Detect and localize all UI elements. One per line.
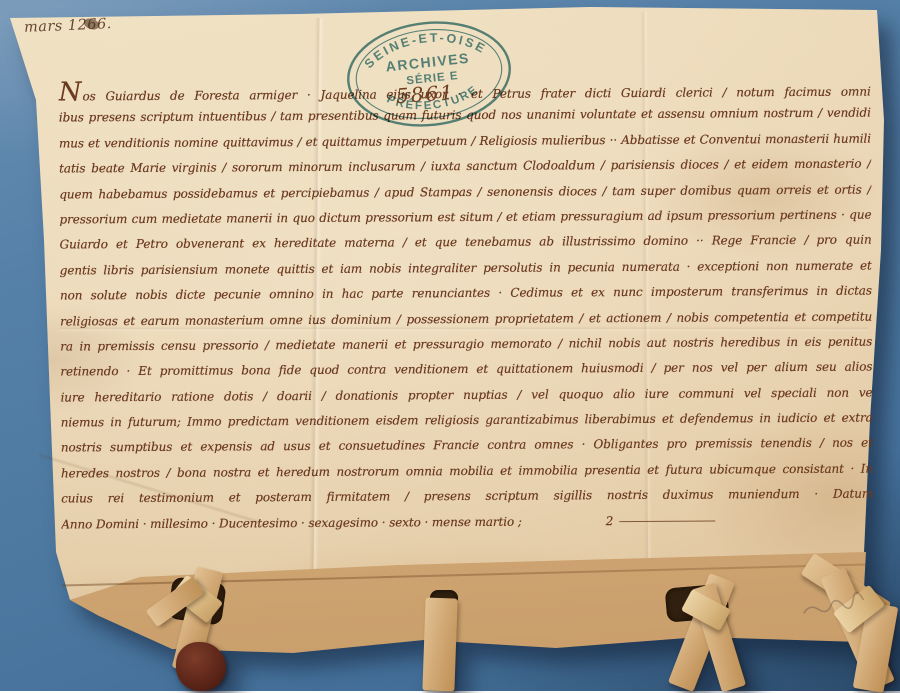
handwritten-series-number: 5861 [395, 80, 455, 108]
charter-date-line: Anno Domini · millesimo · Ducentesimo · … [61, 507, 873, 537]
photo-background: Nos Guiardus de Foresta armiger · Jaquel… [0, 0, 900, 691]
charter-text: Nos Guiardus de Foresta armiger · Jaquel… [59, 76, 874, 538]
line-filler-flourish [619, 520, 715, 522]
wax-seal-fragment [176, 642, 226, 691]
charter-line: cuius rei testimonium et posteram firmit… [61, 482, 873, 512]
line-filler-mark: 2 [606, 514, 614, 528]
seal-tag [422, 597, 457, 691]
archives-oval-stamp: SEINE-ET-OISE ARCHIVES SÉRIE E N° PRÉFEC… [339, 9, 520, 138]
charter-date-text: Anno Domini · millesimo · Ducentesimo · … [61, 514, 522, 531]
parchment-charter: Nos Guiardus de Foresta armiger · Jaquel… [0, 0, 900, 691]
